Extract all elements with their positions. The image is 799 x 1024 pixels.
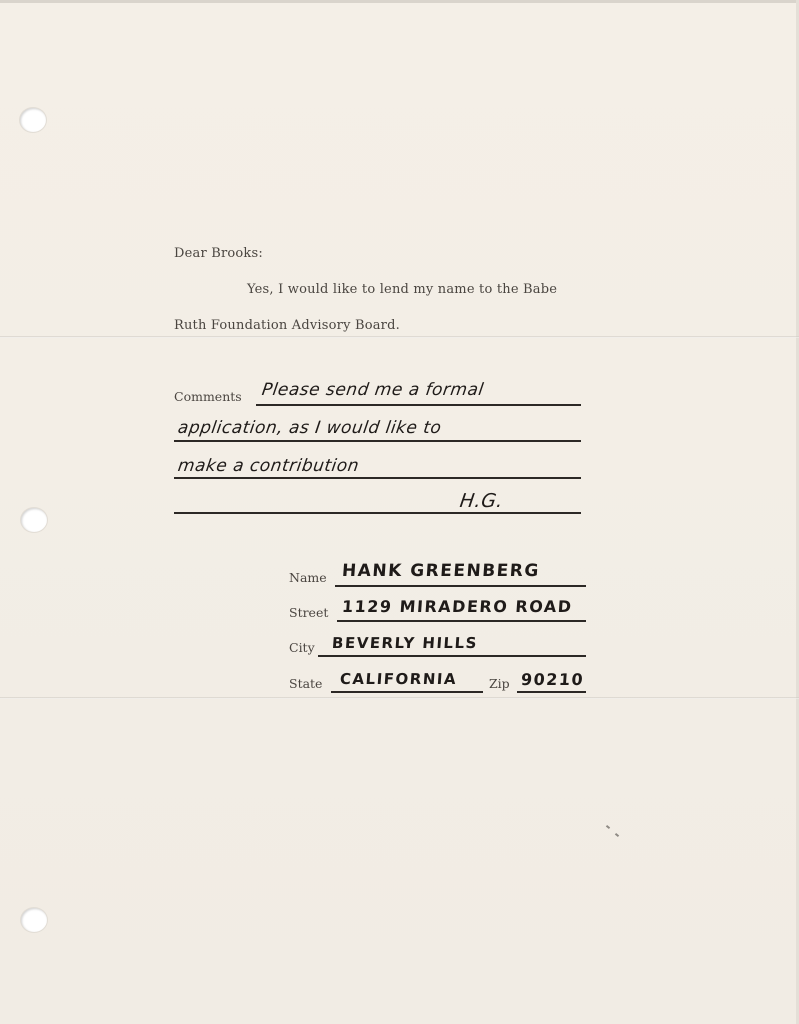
state-value: CALIFORNIA: [339, 670, 457, 688]
comments-line-3-rule: [174, 477, 581, 479]
comment-handwriting-2: application, as I would like to: [177, 418, 443, 438]
comment-handwriting-3: make a contribution: [177, 456, 361, 476]
name-label: Name: [289, 570, 327, 585]
initials-signature: H.G.: [458, 490, 504, 512]
zip-value: 90210: [520, 670, 585, 689]
punch-hole-top: [20, 108, 46, 132]
fold-crease-lower: [0, 697, 799, 699]
fold-crease-upper: [0, 336, 799, 338]
street-value: 1129 MIRADERO ROAD: [341, 597, 573, 616]
comments-line-2-rule: [174, 440, 581, 442]
state-label: State: [289, 676, 322, 691]
comments-label: Comments: [174, 389, 242, 404]
letter-body-line-2: Ruth Foundation Advisory Board.: [174, 318, 400, 333]
paper-sheet: Dear Brooks: Yes, I would like to lend m…: [0, 0, 799, 1024]
city-rule: [318, 655, 586, 657]
comment-handwriting-1: Please send me a formal: [261, 380, 485, 400]
street-rule: [337, 620, 586, 622]
letter-body-line-1: Yes, I would like to lend my name to the…: [247, 282, 557, 297]
street-label: Street: [289, 605, 328, 620]
comments-line-1-rule: [256, 404, 581, 406]
city-label: City: [289, 640, 315, 655]
pencil-notation: [54, 975, 59, 990]
name-rule: [335, 585, 586, 587]
punch-hole-middle: [21, 508, 47, 532]
zip-label: Zip: [489, 676, 510, 691]
zip-rule: [517, 691, 586, 693]
comments-line-4-rule: [174, 512, 581, 514]
paper-mark: [606, 825, 610, 829]
paper-top-edge: [0, 0, 799, 3]
name-value: HANK GREENBERG: [341, 561, 540, 581]
salutation: Dear Brooks:: [174, 246, 263, 261]
state-rule: [331, 691, 483, 693]
city-value: BEVERLY HILLS: [331, 634, 478, 652]
paper-mark: [615, 833, 619, 837]
punch-hole-bottom: [21, 908, 47, 932]
